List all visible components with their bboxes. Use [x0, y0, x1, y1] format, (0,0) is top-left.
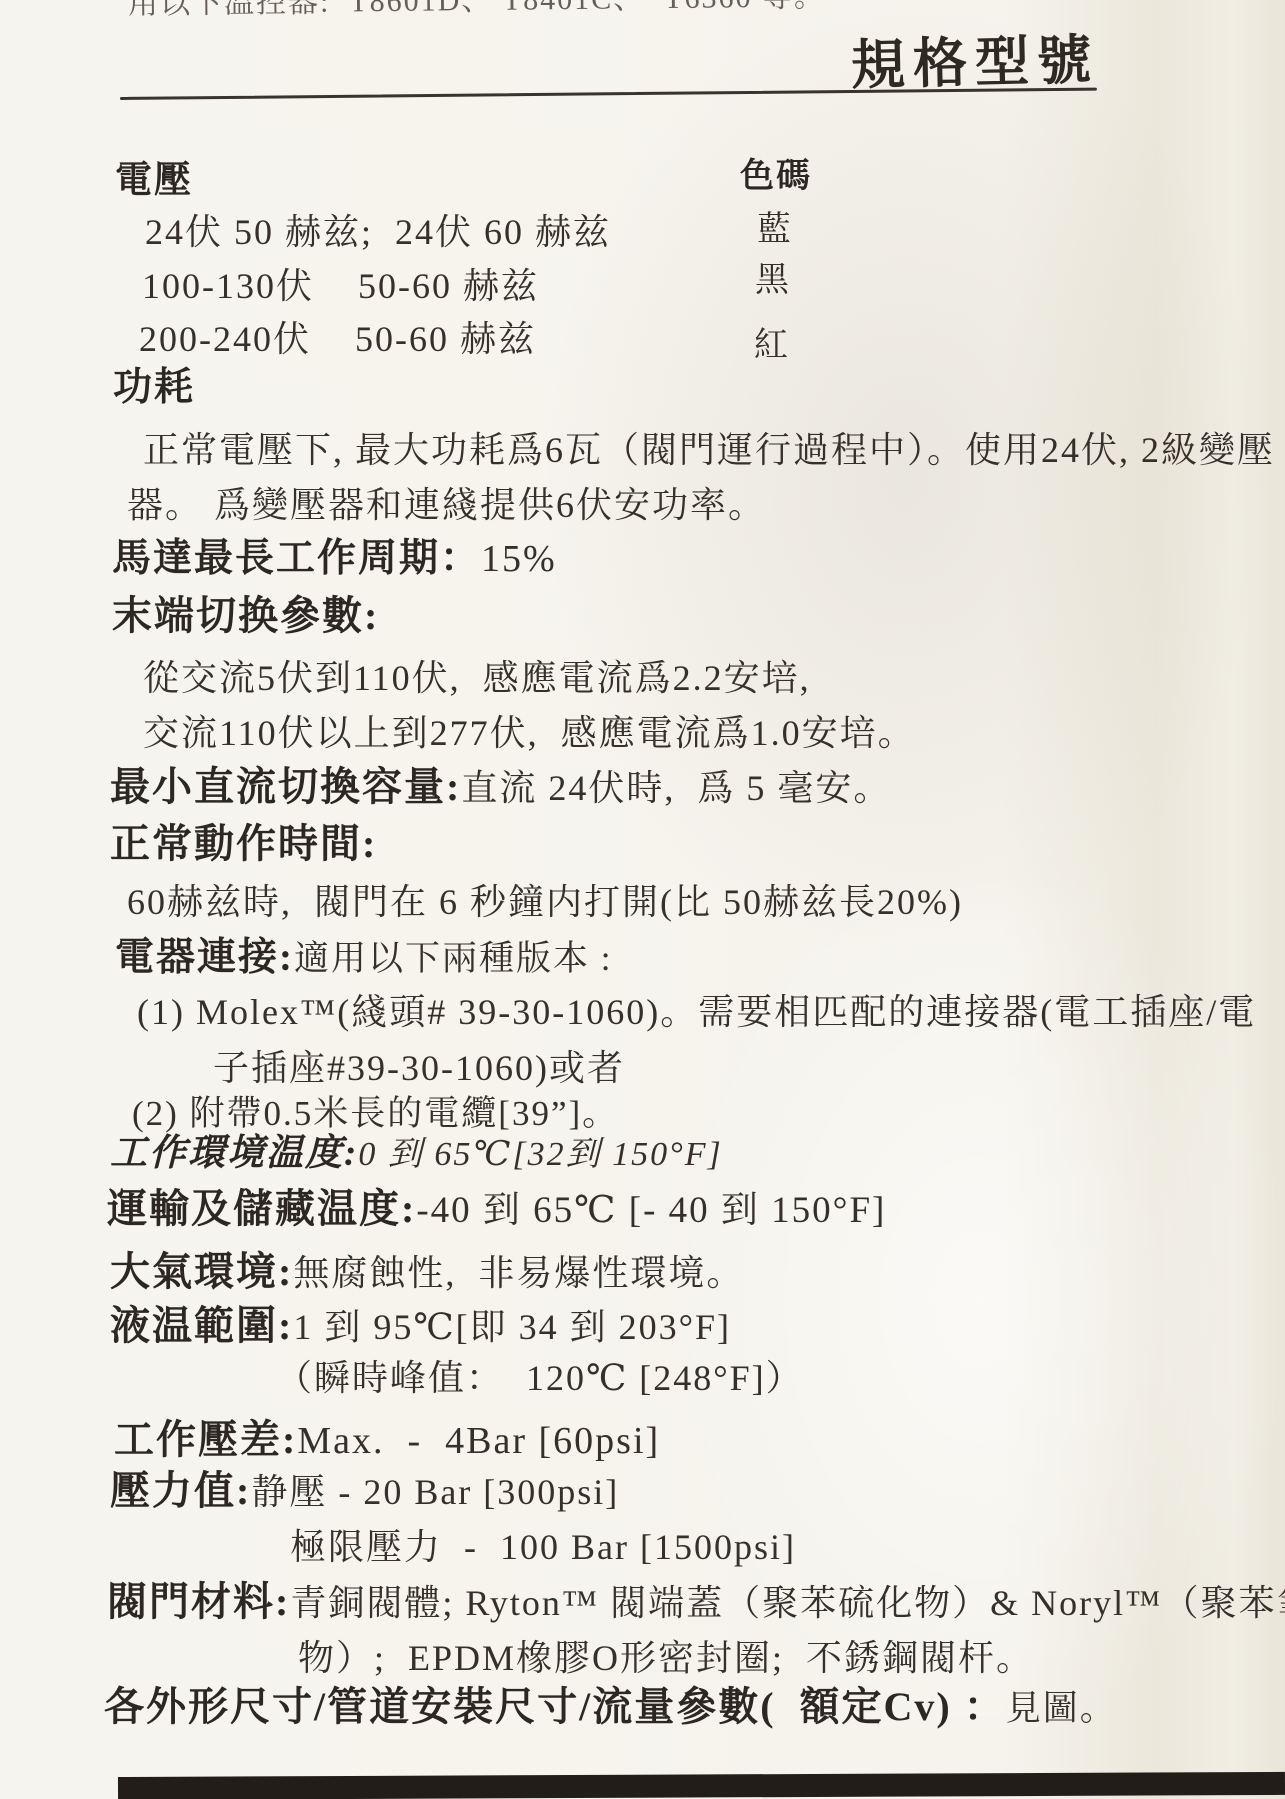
electrical-item1-line1: (1) Molex™(綫頭# 39-30-1060)。需要相匹配的連接器(電工插… [137, 992, 1256, 1033]
normal-time-line: 60赫兹時, 閥門在 6 秒鐘内打開(比 50赫兹長20%) [127, 882, 963, 923]
fluid-temp-line: 液温範圍:1 到 95℃[即 34 到 203°F] [110, 1303, 731, 1349]
min-dc-value: 直流 24伏時, 爲 5 毫安。 [461, 768, 891, 808]
power-heading: 功耗 [113, 366, 195, 411]
ambient-temp-value: 0 到 65℃[32到 150°F] [358, 1136, 722, 1173]
atmosphere-label: 大氣環境: [110, 1249, 293, 1294]
dimensions-label: 各外形尺寸/管道安裝尺寸/流量參數( 額定Cv) ： [104, 1684, 1006, 1729]
min-dc-line: 最小直流切換容量:直流 24伏時, 爲 5 毫安。 [110, 764, 891, 810]
end-switch-line-1: 從交流5伏到110伏, 感應電流爲2.2安培, [143, 658, 811, 699]
voltage-row-2: 100-130伏 50-60 赫兹 [142, 266, 539, 307]
working-pressure-label: 工作壓差: [114, 1417, 297, 1462]
materials-label: 閥門材料: [107, 1579, 290, 1624]
atmosphere-value: 無腐蝕性, 非易爆性環境。 [293, 1253, 744, 1293]
end-switch-line-2: 交流110伏以上到277伏, 感應電流爲1.0安培。 [143, 713, 916, 754]
top-cropped-line: 用以下温控器: T8601D、 T8401C、 T6360 等。 [128, 0, 826, 22]
fluid-temp-label: 液温範圍: [110, 1303, 293, 1348]
color-code-column-header: 色碼 [740, 157, 812, 196]
color-code-row-3: 紅 [754, 326, 790, 365]
fluid-temp-value: 1 到 95℃[即 34 到 203°F] [293, 1307, 731, 1347]
color-code-row-1: 藍 [757, 210, 793, 249]
electrical-value: 適用以下兩種版本 : [294, 939, 612, 978]
dimensions-line: 各外形尺寸/管道安裝尺寸/流量參數( 額定Cv) ：見圖。 [104, 1684, 1117, 1730]
working-pressure-line: 工作壓差:Max. - 4Bar [60psi] [114, 1417, 660, 1464]
voltage-column-header: 電壓 [115, 160, 193, 203]
pressure-line: 壓力值:静壓 - 20 Bar [300psi] [110, 1468, 619, 1514]
electrical-label: 電器連接: [115, 936, 294, 979]
storage-temp-label: 運輸及儲藏温度: [107, 1186, 416, 1231]
storage-temp-value: -40 到 65℃ [- 40 到 150°F] [416, 1190, 886, 1231]
color-code-row-2: 黑 [755, 261, 791, 300]
normal-time-heading: 正常動作時間: [110, 821, 377, 867]
pressure-limit-line: 極限壓力 - 100 Bar [1500psi] [290, 1527, 796, 1568]
duty-cycle-value: 15% [481, 538, 557, 580]
duty-cycle-line: 馬達最長工作周期：15% [112, 537, 557, 582]
pressure-value: 静壓 - 20 Bar [300psi] [251, 1472, 619, 1512]
voltage-row-3: 200-240伏 50-60 赫兹 [139, 319, 536, 360]
electrical-line: 電器連接:適用以下兩種版本 : [115, 936, 612, 981]
materials-line-1: 閥門材料:青銅閥體; Ryton™ 閥端蓋（聚苯硫化物）& Noryl™（聚苯氧… [107, 1579, 1285, 1625]
materials-line-2: 物）; EPDM橡膠O形密封圈; 不銹鋼閥杆。 [298, 1638, 1034, 1679]
dimensions-value: 見圖。 [1006, 1689, 1117, 1728]
fluid-temp-peak: （瞬時峰值： 120℃ [248°F]） [276, 1358, 804, 1399]
figure-top-edge [118, 1772, 1285, 1799]
power-line-2: 器。 爲變壓器和連綫提供6伏安功率。 [127, 485, 766, 526]
duty-cycle-label: 馬達最長工作周期： [112, 537, 481, 580]
ambient-temp-line: 工作環境温度:0 到 65℃[32到 150°F] [110, 1133, 723, 1176]
electrical-item1-line2: 子插座#39-30-1060)或者 [213, 1048, 625, 1089]
storage-temp-line: 運輸及儲藏温度:-40 到 65℃ [- 40 到 150°F] [107, 1186, 886, 1233]
ambient-temp-label: 工作環境温度: [110, 1133, 358, 1174]
voltage-row-1: 24伏 50 赫兹; 24伏 60 赫兹 [145, 212, 611, 253]
scanned-spec-page: { "page": { "top_cropped_line": "用以下温控器:… [0, 0, 1285, 1799]
electrical-item2: (2) 附帶0.5米長的電纜[39”]。 [132, 1094, 619, 1134]
power-line-1: 正常電壓下, 最大功耗爲6瓦（閥門運行過程中）。使用24伏, 2級變壓 [143, 430, 1275, 471]
working-pressure-value: Max. - 4Bar [60psi] [297, 1420, 660, 1462]
materials-value-line1: 青銅閥體; Ryton™ 閥端蓋（聚苯硫化物）& Noryl™（聚苯氧化 [290, 1583, 1285, 1623]
min-dc-label: 最小直流切換容量: [110, 764, 461, 809]
pressure-label: 壓力值: [110, 1468, 251, 1513]
atmosphere-line: 大氣環境:無腐蝕性, 非易爆性環境。 [110, 1249, 744, 1295]
end-switch-heading: 末端切换參數: [112, 593, 379, 639]
